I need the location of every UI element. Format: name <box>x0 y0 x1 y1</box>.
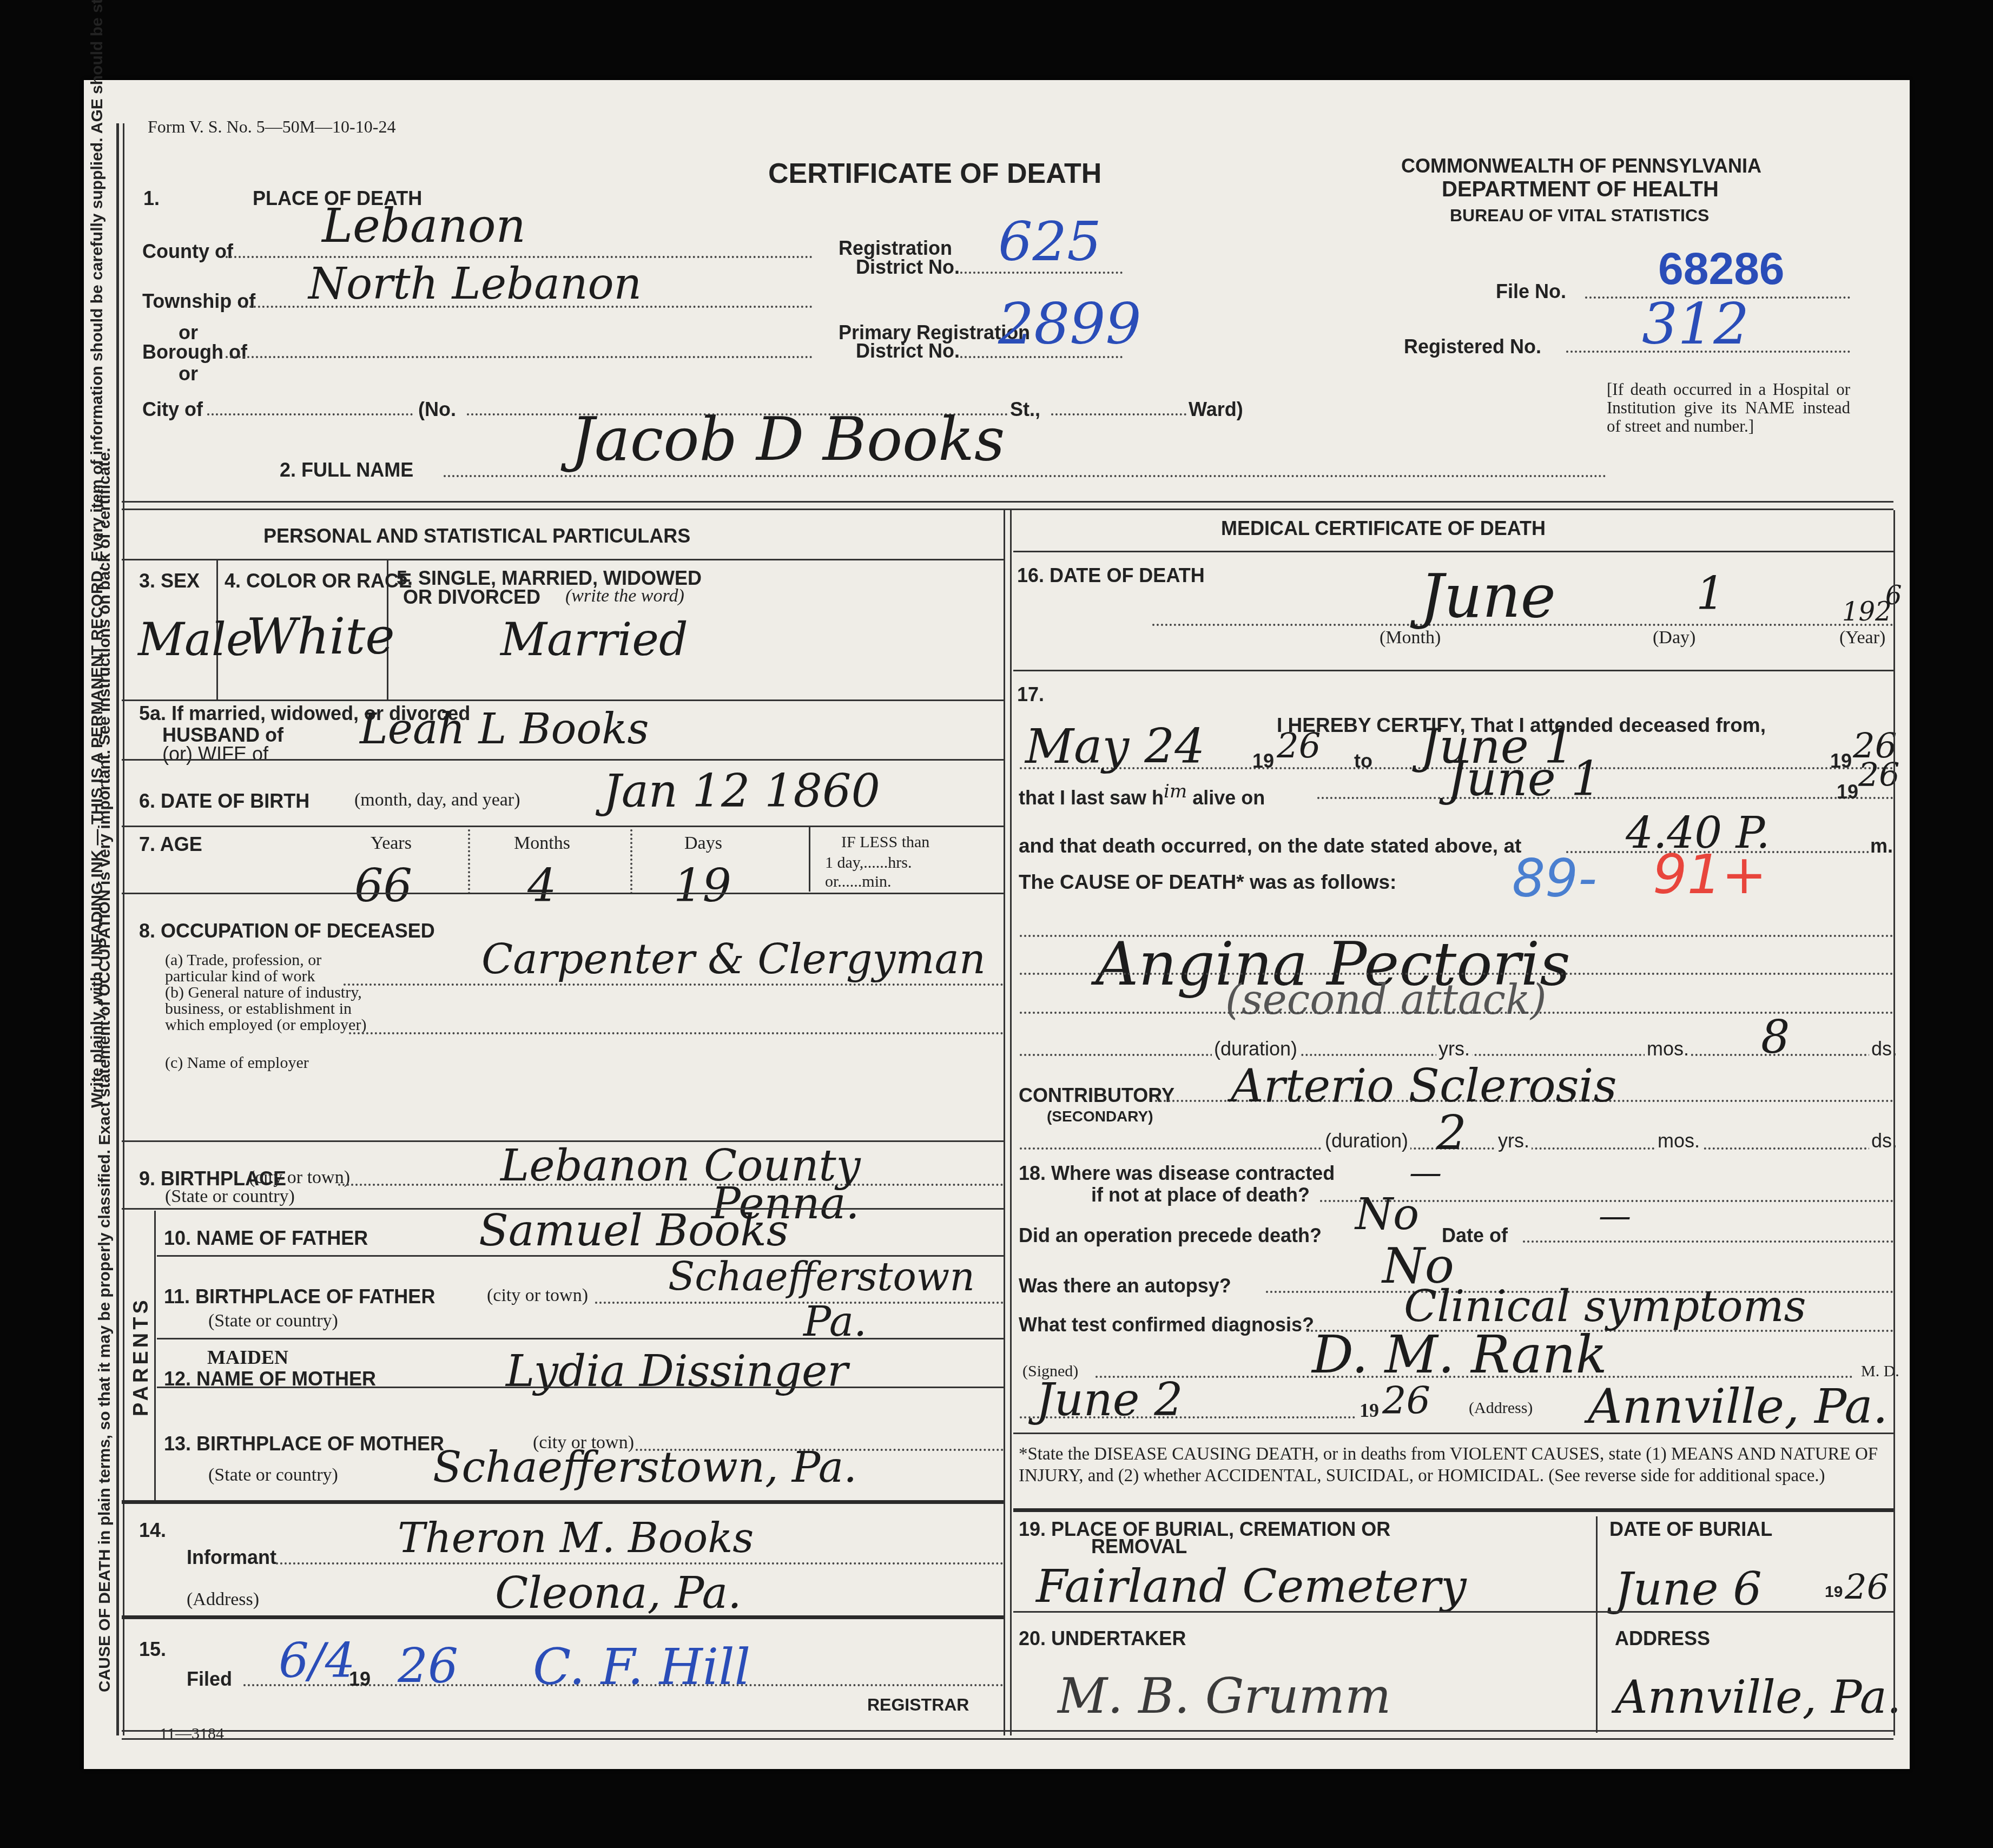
form-title: CERTIFICATE OF DEATH <box>768 157 1101 190</box>
burial-place-value[interactable]: Fairland Cemetery <box>1036 1560 1467 1613</box>
county-value[interactable]: Lebanon <box>322 199 526 253</box>
undertaker-address-value[interactable]: Annville, Pa. <box>1615 1671 1902 1724</box>
section-1-number: 1. <box>143 187 160 210</box>
contracted-label-1: 18. Where was disease contracted <box>1019 1162 1335 1185</box>
full-name-label: 2. FULL NAME <box>280 459 413 481</box>
operation-date-value[interactable]: — <box>1599 1197 1631 1235</box>
sex-label: 3. SEX <box>139 570 200 592</box>
left-margin-rule-inner <box>123 123 124 1735</box>
personal-rule-2 <box>122 699 1004 701</box>
county-field-line <box>226 256 813 258</box>
physician-address-value[interactable]: Annville, Pa. <box>1588 1378 1888 1434</box>
mother-maiden-label: MAIDEN <box>207 1346 288 1369</box>
month-hint: (Month) <box>1380 628 1441 648</box>
cause-note[interactable]: (second attack) <box>1225 975 1547 1024</box>
contributory-value[interactable]: Arterio Sclerosis <box>1231 1059 1617 1112</box>
cause-code-red: 91+ <box>1653 843 1767 906</box>
birthplace-state-hint: (State or country) <box>165 1186 295 1207</box>
cause-footnote: *State the DISEASE CAUSING DEATH, or in … <box>1019 1443 1890 1487</box>
agency-line-2: DEPARTMENT OF HEALTH <box>1442 177 1719 202</box>
undertaker-signature[interactable]: M. B. Grumm <box>1058 1668 1391 1725</box>
mother-birthplace-state-hint: (State or country) <box>208 1465 338 1486</box>
personal-particulars-heading: PERSONAL AND STATISTICAL PARTICULARS <box>263 525 690 547</box>
marital-hint: (write the word) <box>565 586 684 606</box>
last-saw-label: that I last saw him alive on <box>1019 781 1265 809</box>
agency-line-1: Commonwealth of Pennsylvania <box>1401 155 1761 177</box>
occupation-b-2: business, or establishment in <box>165 1000 352 1018</box>
occupation-a-line <box>344 984 1004 986</box>
informant-number: 14. <box>139 1519 166 1542</box>
autopsy-label: Was there an autopsy? <box>1019 1275 1231 1297</box>
father-birthplace-label: 11. BIRTHPLACE OF FATHER <box>164 1285 435 1308</box>
operation-label: Did an operation precede death? <box>1019 1224 1322 1247</box>
hospital-note: [If death occurred in a Hospital or Inst… <box>1607 380 1850 435</box>
attended-from-year-prefix: 19 <box>1252 750 1274 773</box>
operation-value[interactable]: No <box>1355 1189 1419 1239</box>
age-less-3: or......min. <box>825 873 892 891</box>
death-time-label: and that death occurred, on the date sta… <box>1019 835 1521 857</box>
registered-number-label: Registered No. <box>1404 335 1541 358</box>
age-days-value[interactable]: 19 <box>674 859 731 912</box>
or-label-2: or <box>179 362 198 385</box>
secondary-label: (SECONDARY) <box>1047 1108 1153 1125</box>
age-divider-1 <box>468 829 470 894</box>
file-number-label: File No. <box>1496 280 1566 303</box>
physician-signature[interactable]: D. M. Rank <box>1312 1324 1607 1385</box>
day-hint: (Day) <box>1653 628 1695 648</box>
county-label: County of <box>142 240 233 263</box>
cause-duration-days[interactable]: 8 <box>1761 1011 1790 1064</box>
undertaker-address-label: ADDRESS <box>1615 1627 1710 1650</box>
certify-number: 17. <box>1017 683 1044 706</box>
burial-divider <box>1596 1516 1598 1733</box>
father-birthplace-city-value[interactable]: Schaefferstown <box>668 1254 975 1299</box>
filed-date-value[interactable]: 6/4 <box>279 1633 355 1688</box>
medical-rule-1 <box>1013 551 1893 552</box>
informant-line <box>276 1562 1004 1565</box>
header-divider <box>122 501 1893 503</box>
father-name-value[interactable]: Samuel Books <box>479 1205 789 1256</box>
burial-date-value[interactable]: June 6 <box>1615 1562 1762 1615</box>
full-name-value[interactable]: Jacob D Books <box>571 405 1005 474</box>
file-number-value[interactable]: 68286 <box>1658 242 1785 295</box>
cause-code-blue: 89- <box>1512 848 1597 909</box>
sex-value[interactable]: Male <box>138 613 253 666</box>
parents-rule-2 <box>157 1338 1004 1339</box>
occupation-b-line <box>349 1032 1004 1034</box>
signed-year-prefix: 19 <box>1360 1399 1379 1422</box>
informant-value[interactable]: Theron M. Books <box>398 1514 754 1562</box>
attended-from-value[interactable]: May 24 <box>1025 718 1205 774</box>
full-name-line <box>444 475 1607 477</box>
cause-duration-yrs-label: yrs. <box>1436 1038 1472 1060</box>
cause-duration-mos-label: mos. <box>1645 1038 1691 1060</box>
primary-registration-value[interactable]: 2899 <box>998 291 1141 357</box>
age-label: 7. AGE <box>139 833 202 856</box>
form-number: Form V. S. No. 5—50M—10-10-24 <box>148 117 395 137</box>
city-label: City of <box>142 398 203 421</box>
date-of-death-year-prefix: 192 <box>1842 597 1892 627</box>
parents-box-rule <box>154 1211 156 1500</box>
birthplace-city-hint: (city or town) <box>249 1167 350 1188</box>
burial-label-2: REMOVAL <box>1091 1535 1187 1558</box>
undertaker-label: 20. UNDERTAKER <box>1019 1627 1186 1650</box>
bottom-rule-left-2 <box>122 1738 1893 1740</box>
registration-district-value[interactable]: 625 <box>998 210 1101 273</box>
contributory-duration-yrs-label: yrs. <box>1496 1130 1532 1152</box>
physician-address-label: (Address) <box>1469 1399 1533 1417</box>
borough-field-line <box>226 356 813 358</box>
signed-date-value[interactable]: June 2 <box>1036 1373 1183 1426</box>
age-divider-3 <box>809 827 810 892</box>
informant-address-label: (Address) <box>187 1589 259 1610</box>
date-of-death-day[interactable]: 1 <box>1696 567 1725 620</box>
cause-duration-label: (duration) <box>1212 1038 1299 1060</box>
cause-label: The CAUSE OF DEATH* was as follows: <box>1019 871 1396 894</box>
header-divider-2 <box>122 509 1893 510</box>
last-saw-value[interactable]: June 1 <box>1447 751 1601 807</box>
street-label: St., <box>1010 398 1040 421</box>
filed-year-value[interactable]: 26 <box>398 1638 458 1694</box>
occupation-label: 8. OCCUPATION OF DECEASED <box>139 920 435 942</box>
burial-label-1: 19. PLACE OF BURIAL, CREMATION OR <box>1019 1518 1390 1541</box>
occupation-a-2: particular kind of work <box>165 967 315 986</box>
personal-rule-5 <box>122 893 1004 894</box>
date-of-death-label: 16. DATE OF DEATH <box>1017 564 1205 587</box>
cause-line-2 <box>1020 973 1893 975</box>
mother-name-value[interactable]: Lydia Dissinger <box>506 1346 848 1396</box>
last-saw-line <box>1317 797 1893 799</box>
agency-line-3: BUREAU OF VITAL STATISTICS <box>1450 206 1709 226</box>
signed-year[interactable]: 26 <box>1382 1378 1430 1423</box>
spouse-label-3: (or) WIFE of <box>162 743 268 765</box>
parents-rule-3 <box>157 1387 1004 1388</box>
race-label: 4. COLOR OR RACE <box>225 570 412 592</box>
test-label: What test confirmed diagnosis? <box>1019 1314 1314 1336</box>
marital-label-2: OR DIVORCED <box>403 586 540 609</box>
contributory-label: CONTRIBUTORY <box>1019 1084 1174 1107</box>
township-label: Township of <box>142 290 255 313</box>
attended-to-year-prefix: 19 <box>1830 750 1852 773</box>
father-birthplace-state-hint: (State or country) <box>208 1311 338 1331</box>
bottom-rule-left <box>122 1730 1893 1732</box>
to-label: to <box>1354 750 1372 773</box>
contributory-duration-mos-label: mos. <box>1655 1130 1702 1152</box>
medical-rule-4 <box>1013 1508 1893 1512</box>
age-years-value[interactable]: 66 <box>354 859 412 912</box>
medical-heading: MEDICAL CERTIFICATE OF DEATH <box>1221 517 1546 540</box>
registration-district-label-2: District No. <box>856 256 960 279</box>
occupation-a-1: (a) Trade, profession, or <box>165 951 321 969</box>
burial-year-prefix: 19 <box>1825 1583 1843 1601</box>
occupation-b-3: which employed (or employer) <box>165 1016 366 1034</box>
burial-year[interactable]: 26 <box>1845 1568 1889 1608</box>
column-divider-2 <box>1010 510 1012 1735</box>
spouse-value[interactable]: Leah L Books <box>360 705 649 754</box>
personal-rule-3 <box>122 759 1004 761</box>
personal-rule-4 <box>122 826 1004 827</box>
informant-rule <box>122 1615 1004 1619</box>
informant-label: Informant <box>187 1546 276 1569</box>
marital-value[interactable]: Married <box>500 613 688 666</box>
contributory-duration-label: (duration) <box>1323 1130 1410 1152</box>
father-birthplace-city-hint: (city or town) <box>487 1285 588 1306</box>
m-label: m. <box>1870 835 1893 857</box>
right-border-rule <box>1893 510 1895 1735</box>
age-months-value[interactable]: 4 <box>527 859 556 912</box>
occupation-b-1: (b) General nature of industry, <box>165 984 362 1002</box>
dob-value[interactable]: Jan 12 1860 <box>603 764 880 817</box>
attended-from-year[interactable]: 26 <box>1277 727 1321 767</box>
print-code: 11—3184 <box>160 1725 224 1743</box>
registered-number-value[interactable]: 312 <box>1642 291 1750 357</box>
parents-rule-4 <box>122 1500 1004 1504</box>
filed-number: 15. <box>139 1638 166 1661</box>
certificate-sheet: Write plainly, with UNFADING INK — THIS … <box>84 80 1910 1769</box>
personal-rule-1 <box>122 559 1004 560</box>
last-saw-pronoun: im <box>1164 781 1187 802</box>
ward-label: Ward) <box>1189 398 1243 421</box>
operation-date-line <box>1523 1240 1893 1243</box>
occupation-value[interactable]: Carpenter & Clergyman <box>481 935 986 983</box>
dob-hint: (month, day, and year) <box>354 790 520 810</box>
occupation-c: (c) Name of employer <box>165 1054 309 1072</box>
age-days-label: Days <box>684 833 722 854</box>
age-divider-2 <box>630 829 632 894</box>
age-months-label: Months <box>514 833 570 854</box>
medical-rule-2 <box>1013 670 1893 671</box>
medical-rule-5 <box>1013 1611 1893 1613</box>
age-years-label: Years <box>371 833 412 854</box>
father-birthplace-line <box>595 1302 1004 1304</box>
medical-rule-3 <box>1013 1433 1893 1434</box>
race-value[interactable]: White <box>246 608 395 665</box>
last-saw-year-prefix: 19 <box>1837 781 1858 803</box>
registrar-label: REGISTRAR <box>867 1695 969 1715</box>
age-less-1: IF LESS than <box>841 833 929 852</box>
mother-birthplace-state-value[interactable]: Schaefferstown, Pa. <box>433 1443 857 1492</box>
contracted-label-2: if not at place of death? <box>1091 1184 1310 1206</box>
contributory-duration-yrs[interactable]: 2 <box>1436 1105 1467 1161</box>
year-hint: (Year) <box>1839 628 1885 648</box>
borough-label: Borough of <box>142 341 247 364</box>
city-field-line <box>207 413 413 415</box>
filed-label: Filed <box>187 1668 232 1691</box>
father-name-label: 10. NAME OF FATHER <box>164 1227 368 1250</box>
registrar-signature[interactable]: C. F. Hill <box>533 1638 750 1696</box>
mother-birthplace-label: 13. BIRTHPLACE OF MOTHER <box>164 1433 444 1455</box>
margin-note-bottom: CAUSE OF DEATH in plain terms, so that i… <box>96 447 114 1692</box>
township-value[interactable]: North Lebanon <box>308 259 642 309</box>
column-divider <box>1004 510 1005 1735</box>
filed-year-prefix: 19 <box>349 1668 371 1691</box>
dob-label: 6. DATE OF BIRTH <box>139 790 309 813</box>
primary-registration-label-2: District No. <box>856 340 960 362</box>
date-of-death-month[interactable]: June <box>1420 562 1556 631</box>
left-margin-rule <box>116 123 119 1735</box>
street-no-label: (No. <box>418 398 456 421</box>
age-less-2: 1 day,......hrs. <box>825 854 912 872</box>
parents-label: PARENTS <box>130 1297 153 1416</box>
burial-date-label: DATE OF BURIAL <box>1609 1518 1772 1541</box>
ward-field-line <box>1051 413 1186 415</box>
contracted-value[interactable]: — <box>1409 1154 1442 1192</box>
informant-address-value[interactable]: Cleona, Pa. <box>495 1568 742 1618</box>
